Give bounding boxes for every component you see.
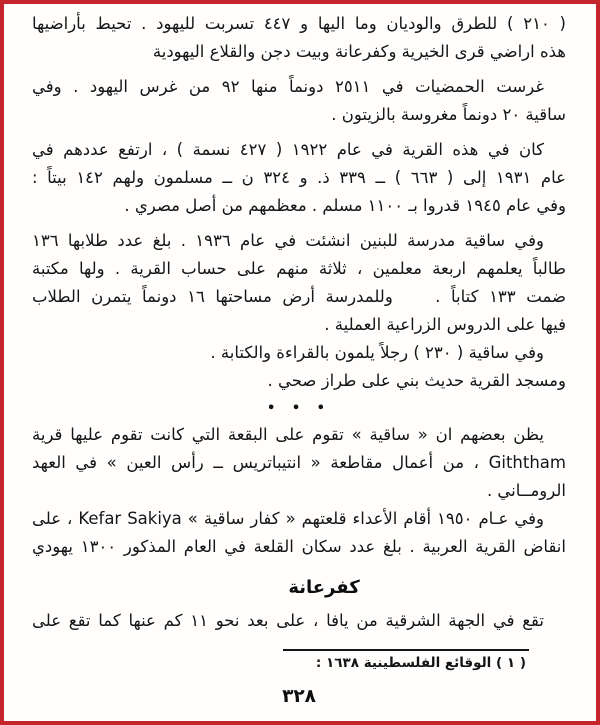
text-line: ساقية ٢٠ دونماً مغروسة بالزيتون . xyxy=(32,101,566,129)
text-line: غرست الحمضيات في ٢٥١١ دونماً منها ٩٢ من … xyxy=(32,73,566,101)
section-heading: كفرعانة xyxy=(57,574,591,602)
text-line: فيها على الدروس الزراعية العملية . xyxy=(32,311,566,339)
text-line: وفي عـام ١٩٥٠ أقام الأعداء قلعتهم « كفار… xyxy=(32,505,566,533)
text-line: Giththam ، من أعمال مقاطعة « انتيباتريس … xyxy=(32,449,566,477)
book-page: ( ٢١٠ ) للطرق والوديان وما اليها و ٤٤٧ ت… xyxy=(0,0,600,725)
footnote-text: ( ١ ) الوقائع الفلسطينية ١٦٣٨ : xyxy=(32,651,566,675)
text-line: وفي عام ١٩٤٥ قدروا بـ ١١٠٠ مسلم . معظمهم… xyxy=(32,192,566,220)
text-line: ( ٢١٠ ) للطرق والوديان وما اليها و ٤٤٧ ت… xyxy=(32,10,566,38)
text-line: الرومــاني . xyxy=(32,477,566,505)
text-line: ومسجد القرية حديث بني على طراز صحي . xyxy=(32,367,566,395)
text-line: وفي ساقية مدرسة للبنين انشئت في عام ١٩٣٦… xyxy=(32,227,566,255)
text-line: طالباً يعلمهم اربعة معلمين ، ثلاثة منهم … xyxy=(32,255,566,283)
text-line: يظن بعضهم ان « ساقية » تقوم على البقعة ا… xyxy=(32,421,566,449)
text-line: هذه اراضي قرى الخيرية وكفرعانة وبيت دجن … xyxy=(32,38,566,66)
paragraph-block-bottom: تقع في الجهة الشرقية من يافا ، على بعد ن… xyxy=(32,607,566,635)
text-line: كان في هذه القرية في عام ١٩٢٢ ( ٤٢٧ نسمة… xyxy=(32,136,566,164)
paragraph-block-top: ( ٢١٠ ) للطرق والوديان وما اليها و ٤٤٧ ت… xyxy=(32,10,566,395)
page-text-body: ( ٢١٠ ) للطرق والوديان وما اليها و ٤٤٧ ت… xyxy=(4,4,596,707)
page-number: ٣٢٨ xyxy=(32,686,566,707)
text-line: انقاض القرية العربية . بلغ عدد سكان القل… xyxy=(32,533,566,561)
text-line: وفي ساقية ( ٢٣٠ ) رجلاً يلمون بالقراءة و… xyxy=(32,339,566,367)
text-line: ضمت ١٣٣ كتاباً . وللمدرسة أرض مساحتها ١٦… xyxy=(32,283,566,311)
text-line: تقع في الجهة الشرقية من يافا ، على بعد ن… xyxy=(32,607,566,635)
section-separator-dots: • • • xyxy=(32,399,566,419)
paragraph-block-middle: يظن بعضهم ان « ساقية » تقوم على البقعة ا… xyxy=(32,421,566,561)
text-line: عام ١٩٣١ إلى ( ٦٦٣ ) ــ ٣٣٩ ذ. و ٣٢٤ ن ـ… xyxy=(32,164,566,192)
